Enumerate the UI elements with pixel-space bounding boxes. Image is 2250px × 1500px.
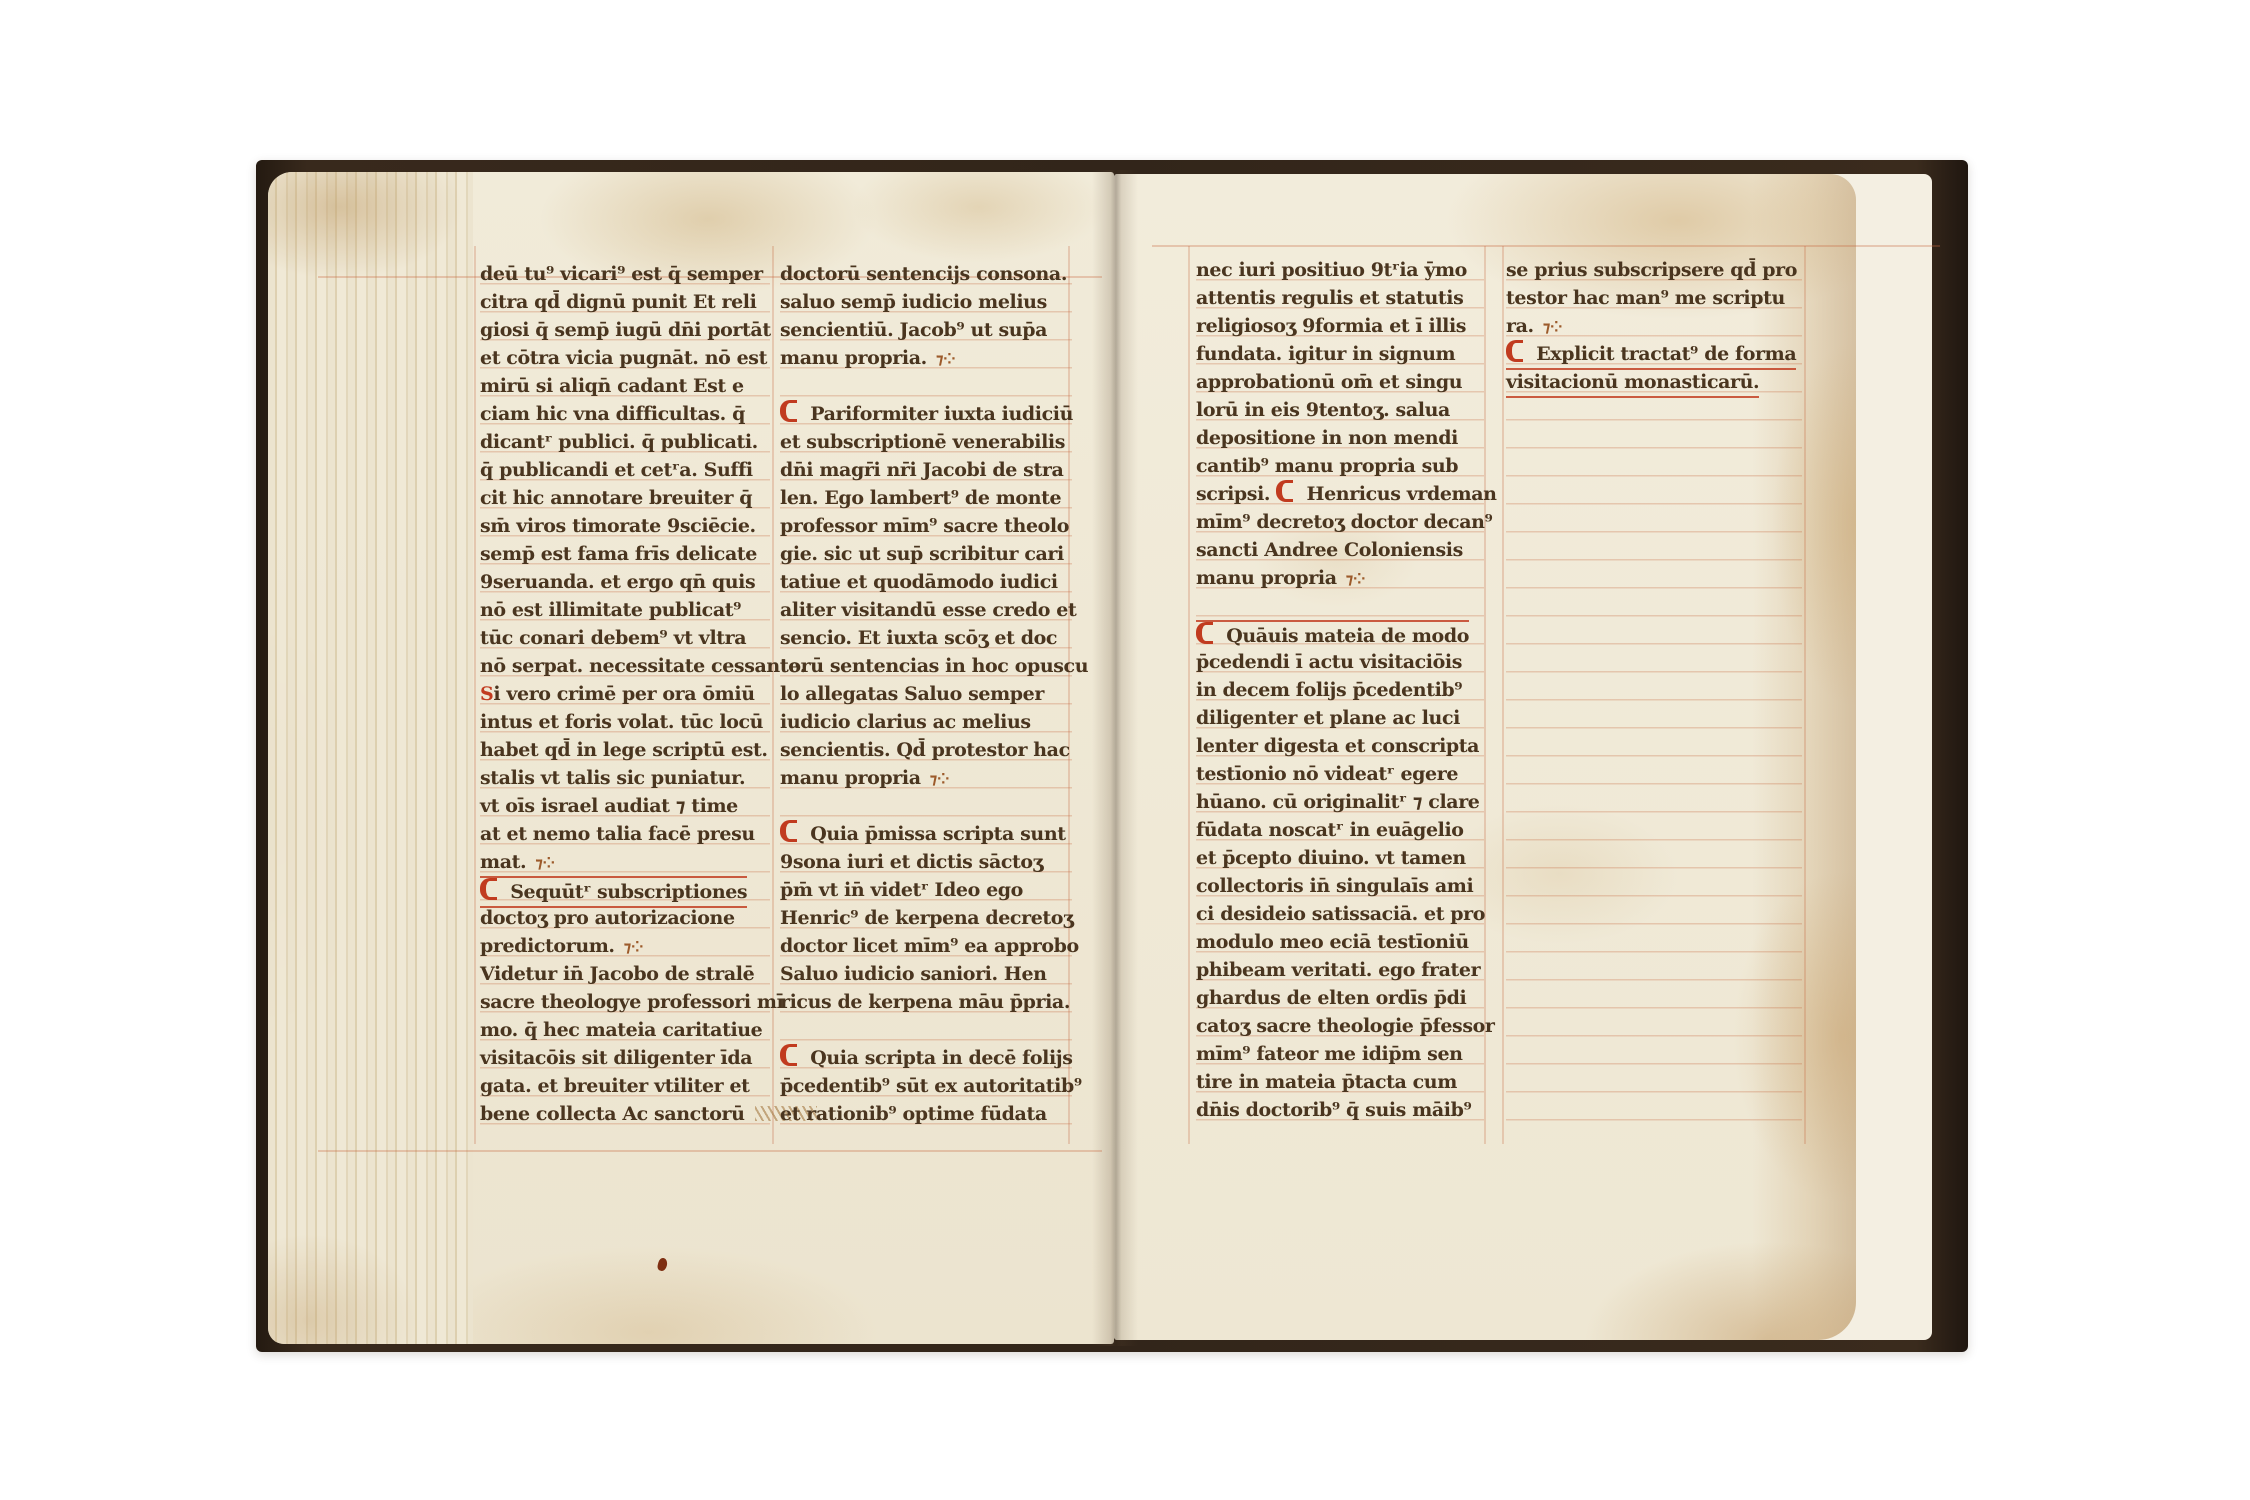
- manuscript-line: dn̄is doctorib⁹ q̄ suis māib⁹: [1196, 1096, 1484, 1124]
- manuscript-line-text: visitacōis sit diligenter īda: [480, 1044, 752, 1072]
- manuscript-line: deū tu⁹ vicari⁹ est q̄ semper: [480, 260, 770, 288]
- manuscript-line: testor hac man⁹ me scriptu: [1506, 284, 1802, 312]
- manuscript-line-text: nō serpat. necessitate cessante.: [480, 652, 806, 680]
- manuscript-line: tire in mateia p̄tacta cum: [1196, 1068, 1484, 1096]
- book-gutter-shadow: [1092, 170, 1138, 1346]
- manuscript-line: dn̄i magr̄i nr̄i Jacobi de stra: [780, 456, 1072, 484]
- manuscript-line: professor mīm⁹ sacre theolo: [780, 512, 1072, 540]
- manuscript-line: cantib⁹ manu propria sub: [1196, 452, 1484, 480]
- manuscript-line: Si vero crimē per ora ōmiū: [480, 680, 770, 708]
- paraph-mark-icon: [480, 878, 497, 900]
- manuscript-line-text: mirū si aliqn̄ cadant Est e: [480, 372, 744, 400]
- manuscript-line: sencientiū. Jacob⁹ ut sup̄a: [780, 316, 1072, 344]
- manuscript-line: 9sona iuri et dictis sāctoʒ: [780, 848, 1072, 876]
- manuscript-line-text: q̄ publicandi et cetʳa. Suffi: [480, 456, 753, 484]
- manuscript-line: lorū in eis 9tentoʒ. salua: [1196, 396, 1484, 424]
- manuscript-line: gie. sic ut sup̄ scribitur cari: [780, 540, 1072, 568]
- manuscript-line-text: dn̄is doctorib⁹ q̄ suis māib⁹: [1196, 1096, 1471, 1124]
- manuscript-line-text: p̄cedendi ī actu visitaciōis: [1196, 648, 1462, 676]
- manuscript-line-text: tatiue et quodāmodo iudici: [780, 568, 1058, 596]
- manuscript-line: gata. et breuiter vtiliter et: [480, 1072, 770, 1100]
- manuscript-line: ci desideio satissaciā. et pro: [1196, 900, 1484, 928]
- manuscript-line-text: aliter visitandū esse credo et: [780, 596, 1076, 624]
- manuscript-line-text: nō est illimitate publicat⁹: [480, 596, 741, 624]
- manuscript-line: habet qd̄ in lege scriptū est.: [480, 736, 770, 764]
- manuscript-line-text: professor mīm⁹ sacre theolo: [780, 512, 1069, 540]
- manuscript-line-text: vt oīs israel audiat ⁊ time: [480, 792, 738, 820]
- manuscript-line: lo allegatas Saluo semper: [780, 680, 1072, 708]
- manuscript-line-text: sm̄ viros timorate 9sciēcie.: [480, 512, 756, 540]
- manuscript-line: 9seruanda. et ergo qn̄ quis: [480, 568, 770, 596]
- manuscript-line: Quāuis mateia de modo: [1196, 620, 1484, 648]
- manuscript-line: visitacōis sit diligenter īda: [480, 1044, 770, 1072]
- manuscript-line: sacre theologye professori mī: [480, 988, 770, 1016]
- manuscript-line: lenter digesta et conscripta: [1196, 732, 1484, 760]
- manuscript-line-text: mo. q̄ hec mateia caritatiue: [480, 1016, 762, 1044]
- manuscript-line-text: Pariformiter iuxta iudiciū: [780, 400, 1073, 428]
- manuscript-line: aliter visitandū esse credo et: [780, 596, 1072, 624]
- manuscript-line: torū sentencias in hoc opuscu: [780, 652, 1072, 680]
- manuscript-book: deū tu⁹ vicari⁹ est q̄ sempercitra qd̄ d…: [256, 160, 1968, 1352]
- manuscript-line: phibeam veritati. ego frater: [1196, 956, 1484, 984]
- manuscript-line-text: p̄cedentib⁹ sūt ex autoritatib⁹: [780, 1072, 1082, 1100]
- paraph-mark-icon: [1276, 480, 1293, 502]
- manuscript-line-text: p̄m̄ vt in̄ videtʳ Ideo ego: [780, 876, 1023, 904]
- manuscript-line: et subscriptionē venerabilis: [780, 428, 1072, 456]
- manuscript-line-text: mat.: [480, 848, 526, 876]
- manuscript-line-text: religiosoʒ 9formia et ī illis: [1196, 312, 1466, 340]
- manuscript-line-text: scripsi. Henricus vrdeman: [1196, 480, 1497, 508]
- column-rule: [474, 246, 476, 1144]
- manuscript-line: p̄cedendi ī actu visitaciōis: [1196, 648, 1484, 676]
- manuscript-line: in decem folijs p̄cedentib⁹: [1196, 676, 1484, 704]
- manuscript-line: fundata. igitur in signum: [1196, 340, 1484, 368]
- manuscript-line-text: ricus de kerpena māu p̄pria.: [780, 988, 1070, 1016]
- manuscript-line-text: mīm⁹ decretoʒ doctor decan⁹: [1196, 508, 1492, 536]
- manuscript-line-text: in decem folijs p̄cedentib⁹: [1196, 676, 1462, 704]
- manuscript-line: intus et foris volat. tūc locū: [480, 708, 770, 736]
- manuscript-line: sencientis. Qd̄ protestor hac: [780, 736, 1072, 764]
- text-column-right-b: se prius subscripsere qd̄ protestor hac …: [1506, 256, 1802, 1128]
- manuscript-line-text: ra.: [1506, 312, 1534, 340]
- manuscript-line: semp̄ est fama frīs delicate: [480, 540, 770, 568]
- manuscript-line-text: Quia scripta in decē folijs: [780, 1044, 1073, 1072]
- manuscript-line-text: et subscriptionē venerabilis: [780, 428, 1065, 456]
- manuscript-line: sm̄ viros timorate 9sciēcie.: [480, 512, 770, 540]
- manuscript-line: fūdata noscatʳ in euāgelio: [1196, 816, 1484, 844]
- manuscript-line: se prius subscripsere qd̄ pro: [1506, 256, 1802, 284]
- manuscript-line: manu propria.⁊⁘: [780, 344, 1072, 372]
- manuscript-line: nec iuri positiuo 9tʳia ȳmo: [1196, 256, 1484, 284]
- manuscript-line-text: doctorū sentencijs consona.: [780, 260, 1067, 288]
- manuscript-line-text: 9seruanda. et ergo qn̄ quis: [480, 568, 755, 596]
- manuscript-line-text: deū tu⁹ vicari⁹ est q̄ semper: [480, 260, 763, 288]
- manuscript-line: ricus de kerpena māu p̄pria.: [780, 988, 1072, 1016]
- manuscript-line: dicantʳ publici. q̄ publicati.: [480, 428, 770, 456]
- manuscript-line: [780, 1016, 1072, 1044]
- manuscript-line: scripsi. Henricus vrdeman: [1196, 480, 1484, 508]
- manuscript-line: depositione in non mendi: [1196, 424, 1484, 452]
- manuscript-line: [1196, 592, 1484, 620]
- manuscript-line-text: dn̄i magr̄i nr̄i Jacobi de stra: [780, 456, 1063, 484]
- manuscript-line-text: lo allegatas Saluo semper: [780, 680, 1044, 708]
- manuscript-line-text: et cōtra vicia pugnāt. nō est: [480, 344, 767, 372]
- manuscript-line: [780, 372, 1072, 400]
- manuscript-line-text: citra qd̄ dignū punit Et reli: [480, 288, 756, 316]
- manuscript-line: Pariformiter iuxta iudiciū: [780, 400, 1072, 428]
- page-edge-stack-left: [268, 172, 473, 1344]
- manuscript-line: predictorum.⁊⁘: [480, 932, 770, 960]
- manuscript-line: iudicio clarius ac melius: [780, 708, 1072, 736]
- manuscript-line-text: nec iuri positiuo 9tʳia ȳmo: [1196, 256, 1467, 284]
- manuscript-line-text: torū sentencias in hoc opuscu: [780, 652, 1088, 680]
- text-column-left-b: doctorū sentencijs consona.saluo semp̄ i…: [780, 260, 1072, 1128]
- paraph-mark-icon: [780, 1044, 797, 1066]
- manuscript-line-text: dicantʳ publici. q̄ publicati.: [480, 428, 758, 456]
- manuscript-line: tatiue et quodāmodo iudici: [780, 568, 1072, 596]
- manuscript-line-text: giosi q̄ semp̄ iugū dn̄i portāt: [480, 316, 771, 344]
- manuscript-line: sancti Andree Coloniensis: [1196, 536, 1484, 564]
- manuscript-line-text: cit hic annotare breuiter q̄: [480, 484, 752, 512]
- manuscript-line-text: gata. et breuiter vtiliter et: [480, 1072, 750, 1100]
- column-rule: [1804, 246, 1806, 1144]
- line-filler-flourish: ⁊⁘: [930, 770, 949, 788]
- manuscript-line-text: collectoris in̄ singulaīs ami: [1196, 872, 1473, 900]
- paraph-mark-icon: [1506, 340, 1523, 362]
- manuscript-line-text: 9sona iuri et dictis sāctoʒ: [780, 848, 1043, 876]
- manuscript-line-text: modulo meo eciā testīoniū: [1196, 928, 1469, 956]
- manuscript-line-text: bene collecta Ac sanctorū: [480, 1100, 745, 1128]
- manuscript-line-text: manu propria: [1196, 564, 1337, 592]
- manuscript-line-text: ciam hic vna difficultas. q̄: [480, 400, 745, 428]
- manuscript-line: stalis vt talis sic puniatur.: [480, 764, 770, 792]
- column-rule: [1484, 246, 1486, 1144]
- manuscript-line: hūano. cū originalitʳ ⁊ clare: [1196, 788, 1484, 816]
- manuscript-line: Henric⁹ de kerpena decretoʒ: [780, 904, 1072, 932]
- manuscript-line: mirū si aliqn̄ cadant Est e: [480, 372, 770, 400]
- manuscript-line-text: phibeam veritati. ego frater: [1196, 956, 1480, 984]
- manuscript-line-text: Si vero crimē per ora ōmiū: [480, 680, 755, 708]
- manuscript-line-text: catoʒ sacre theologie p̄fessor: [1196, 1012, 1495, 1040]
- manuscript-line: vt oīs israel audiat ⁊ time: [480, 792, 770, 820]
- manuscript-line: et p̄cepto diuino. vt tamen: [1196, 844, 1484, 872]
- manuscript-line-text: sencientiū. Jacob⁹ ut sup̄a: [780, 316, 1047, 344]
- manuscript-line: et rationib⁹ optime fūdata: [780, 1100, 1072, 1128]
- column-rule: [1502, 246, 1504, 1144]
- manuscript-line: Quia scripta in decē folijs: [780, 1044, 1072, 1072]
- manuscript-line: testīonio nō videatʳ egere: [1196, 760, 1484, 788]
- manuscript-line-text: sacre theologye professori mī: [480, 988, 783, 1016]
- manuscript-line: collectoris in̄ singulaīs ami: [1196, 872, 1484, 900]
- manuscript-line: doctoʒ pro autorizacione: [480, 904, 770, 932]
- manuscript-line: nō serpat. necessitate cessante.: [480, 652, 770, 680]
- manuscript-line: Videtur in̄ Jacobo de stralē: [480, 960, 770, 988]
- line-filler-flourish: ⁊⁘: [535, 854, 554, 872]
- manuscript-line: len. Ego lambert⁹ de monte: [780, 484, 1072, 512]
- manuscript-line: Sequūtʳ subscriptiones: [480, 876, 770, 904]
- manuscript-line: giosi q̄ semp̄ iugū dn̄i portāt: [480, 316, 770, 344]
- manuscript-line: Quia p̄missa scripta sunt: [780, 820, 1072, 848]
- manuscript-line-text: gie. sic ut sup̄ scribitur cari: [780, 540, 1064, 568]
- manuscript-line: catoʒ sacre theologie p̄fessor: [1196, 1012, 1484, 1040]
- manuscript-line-text: Henric⁹ de kerpena decretoʒ: [780, 904, 1073, 932]
- manuscript-line-text: sencientis. Qd̄ protestor hac: [780, 736, 1070, 764]
- manuscript-line-text: cantib⁹ manu propria sub: [1196, 452, 1458, 480]
- header-rule: [1152, 245, 1940, 247]
- manuscript-line-text: tire in mateia p̄tacta cum: [1196, 1068, 1457, 1096]
- manuscript-line: tūc conari debem⁹ vt vltra: [480, 624, 770, 652]
- manuscript-line: ghardus de elten ordīs p̄di: [1196, 984, 1484, 1012]
- manuscript-line-text: stalis vt talis sic puniatur.: [480, 764, 745, 792]
- manuscript-line-text: iudicio clarius ac melius: [780, 708, 1031, 736]
- column-rule: [1188, 246, 1190, 1144]
- line-filler-flourish: ⁊⁘: [936, 350, 955, 368]
- manuscript-line-text: lorū in eis 9tentoʒ. salua: [1196, 396, 1450, 424]
- manuscript-line: mīm⁹ fateor me idip̄m sen: [1196, 1040, 1484, 1068]
- manuscript-line-text: Quia p̄missa scripta sunt: [780, 820, 1066, 848]
- manuscript-line: cit hic annotare breuiter q̄: [480, 484, 770, 512]
- manuscript-line-text: semp̄ est fama frīs delicate: [480, 540, 757, 568]
- manuscript-line-text: sencio. Et iuxta scōʒ et doc: [780, 624, 1057, 652]
- manuscript-line: mo. q̄ hec mateia caritatiue: [480, 1016, 770, 1044]
- manuscript-line-text: se prius subscripsere qd̄ pro: [1506, 256, 1797, 284]
- manuscript-line-text: fūdata noscatʳ in euāgelio: [1196, 816, 1464, 844]
- manuscript-line: diligenter et plane ac luci: [1196, 704, 1484, 732]
- manuscript-line-text: hūano. cū originalitʳ ⁊ clare: [1196, 788, 1480, 816]
- manuscript-line-text: mīm⁹ fateor me idip̄m sen: [1196, 1040, 1463, 1068]
- manuscript-line-text: manu propria: [780, 764, 921, 792]
- manuscript-line-text: testīonio nō videatʳ egere: [1196, 760, 1458, 788]
- manuscript-line: et cōtra vicia pugnāt. nō est: [480, 344, 770, 372]
- manuscript-line: Saluo iudicio saniori. Hen: [780, 960, 1072, 988]
- manuscript-line: doctorū sentencijs consona.: [780, 260, 1072, 288]
- manuscript-line-text: intus et foris volat. tūc locū: [480, 708, 763, 736]
- manuscript-line-text: fundata. igitur in signum: [1196, 340, 1455, 368]
- line-filler-flourish: ⁊⁘: [1346, 570, 1365, 588]
- manuscript-line: at et nemo talia facē presu: [480, 820, 770, 848]
- manuscript-line-text: ghardus de elten ordīs p̄di: [1196, 984, 1466, 1012]
- manuscript-line: manu propria⁊⁘: [1196, 564, 1484, 592]
- manuscript-line-text: approbationū om̄ et singu: [1196, 368, 1462, 396]
- text-column-left-a: deū tu⁹ vicari⁹ est q̄ sempercitra qd̄ d…: [480, 260, 770, 1128]
- manuscript-line: q̄ publicandi et cetʳa. Suffi: [480, 456, 770, 484]
- manuscript-line: nō est illimitate publicat⁹: [480, 596, 770, 624]
- photo-background: deū tu⁹ vicari⁹ est q̄ sempercitra qd̄ d…: [0, 0, 2250, 1500]
- manuscript-line-text: et rationib⁹ optime fūdata: [780, 1100, 1047, 1128]
- manuscript-line-text: habet qd̄ in lege scriptū est.: [480, 736, 768, 764]
- manuscript-line-text: Quāuis mateia de modo: [1196, 620, 1469, 650]
- manuscript-line: mat.⁊⁘: [480, 848, 770, 876]
- manuscript-line: Explicit tractat⁹ de forma: [1506, 340, 1802, 368]
- manuscript-line: approbationū om̄ et singu: [1196, 368, 1484, 396]
- manuscript-line-text: sancti Andree Coloniensis: [1196, 536, 1463, 564]
- manuscript-line: bene collecta Ac sanctorū: [480, 1100, 770, 1128]
- rubricated-initial: S: [480, 683, 493, 705]
- manuscript-line-text: depositione in non mendi: [1196, 424, 1458, 452]
- text-column-right-a: nec iuri positiuo 9tʳia ȳmoattentis regu…: [1196, 256, 1484, 1124]
- line-filler-flourish: ⁊⁘: [1543, 318, 1562, 336]
- manuscript-line-text: at et nemo talia facē presu: [480, 820, 755, 848]
- manuscript-line-text: visitacionū monasticarū.: [1506, 368, 1759, 398]
- manuscript-line-text: ci desideio satissaciā. et pro: [1196, 900, 1485, 928]
- manuscript-line: sencio. Et iuxta scōʒ et doc: [780, 624, 1072, 652]
- manuscript-line-text: attentis regulis et statutis: [1196, 284, 1463, 312]
- manuscript-line-text: diligenter et plane ac luci: [1196, 704, 1460, 732]
- manuscript-line: religiosoʒ 9formia et ī illis: [1196, 312, 1484, 340]
- manuscript-line: mīm⁹ decretoʒ doctor decan⁹: [1196, 508, 1484, 536]
- manuscript-line-text: Videtur in̄ Jacobo de stralē: [480, 960, 754, 988]
- manuscript-line: p̄cedentib⁹ sūt ex autoritatib⁹: [780, 1072, 1072, 1100]
- paraph-mark-icon: [780, 400, 797, 422]
- manuscript-line: ciam hic vna difficultas. q̄: [480, 400, 770, 428]
- manuscript-line-text: predictorum.: [480, 932, 615, 960]
- footer-rule: [318, 1150, 1102, 1152]
- line-filler-flourish: ⁊⁘: [624, 938, 643, 956]
- manuscript-line: modulo meo eciā testīoniū: [1196, 928, 1484, 956]
- manuscript-line-text: Saluo iudicio saniori. Hen: [780, 960, 1047, 988]
- manuscript-line: manu propria⁊⁘: [780, 764, 1072, 792]
- manuscript-line-text: doctor licet mīm⁹ ea approbo: [780, 932, 1079, 960]
- manuscript-line-text: Explicit tractat⁹ de forma: [1506, 340, 1796, 370]
- manuscript-line-text: et p̄cepto diuino. vt tamen: [1196, 844, 1466, 872]
- manuscript-line: p̄m̄ vt in̄ videtʳ Ideo ego: [780, 876, 1072, 904]
- manuscript-line-text: testor hac man⁹ me scriptu: [1506, 284, 1785, 312]
- manuscript-line: ra.⁊⁘: [1506, 312, 1802, 340]
- paraph-mark-icon: [780, 820, 797, 842]
- manuscript-line: visitacionū monasticarū.: [1506, 368, 1802, 396]
- manuscript-line: [780, 792, 1072, 820]
- manuscript-line-text: lenter digesta et conscripta: [1196, 732, 1479, 760]
- manuscript-line: citra qd̄ dignū punit Et reli: [480, 288, 770, 316]
- manuscript-line: saluo semp̄ iudicio melius: [780, 288, 1072, 316]
- manuscript-line-text: tūc conari debem⁹ vt vltra: [480, 624, 746, 652]
- manuscript-line-text: doctoʒ pro autorizacione: [480, 904, 735, 932]
- manuscript-line-text: manu propria.: [780, 344, 927, 372]
- manuscript-line-text: len. Ego lambert⁹ de monte: [780, 484, 1061, 512]
- manuscript-line: attentis regulis et statutis: [1196, 284, 1484, 312]
- manuscript-line: doctor licet mīm⁹ ea approbo: [780, 932, 1072, 960]
- manuscript-line-text: saluo semp̄ iudicio melius: [780, 288, 1047, 316]
- paraph-mark-icon: [1196, 622, 1213, 644]
